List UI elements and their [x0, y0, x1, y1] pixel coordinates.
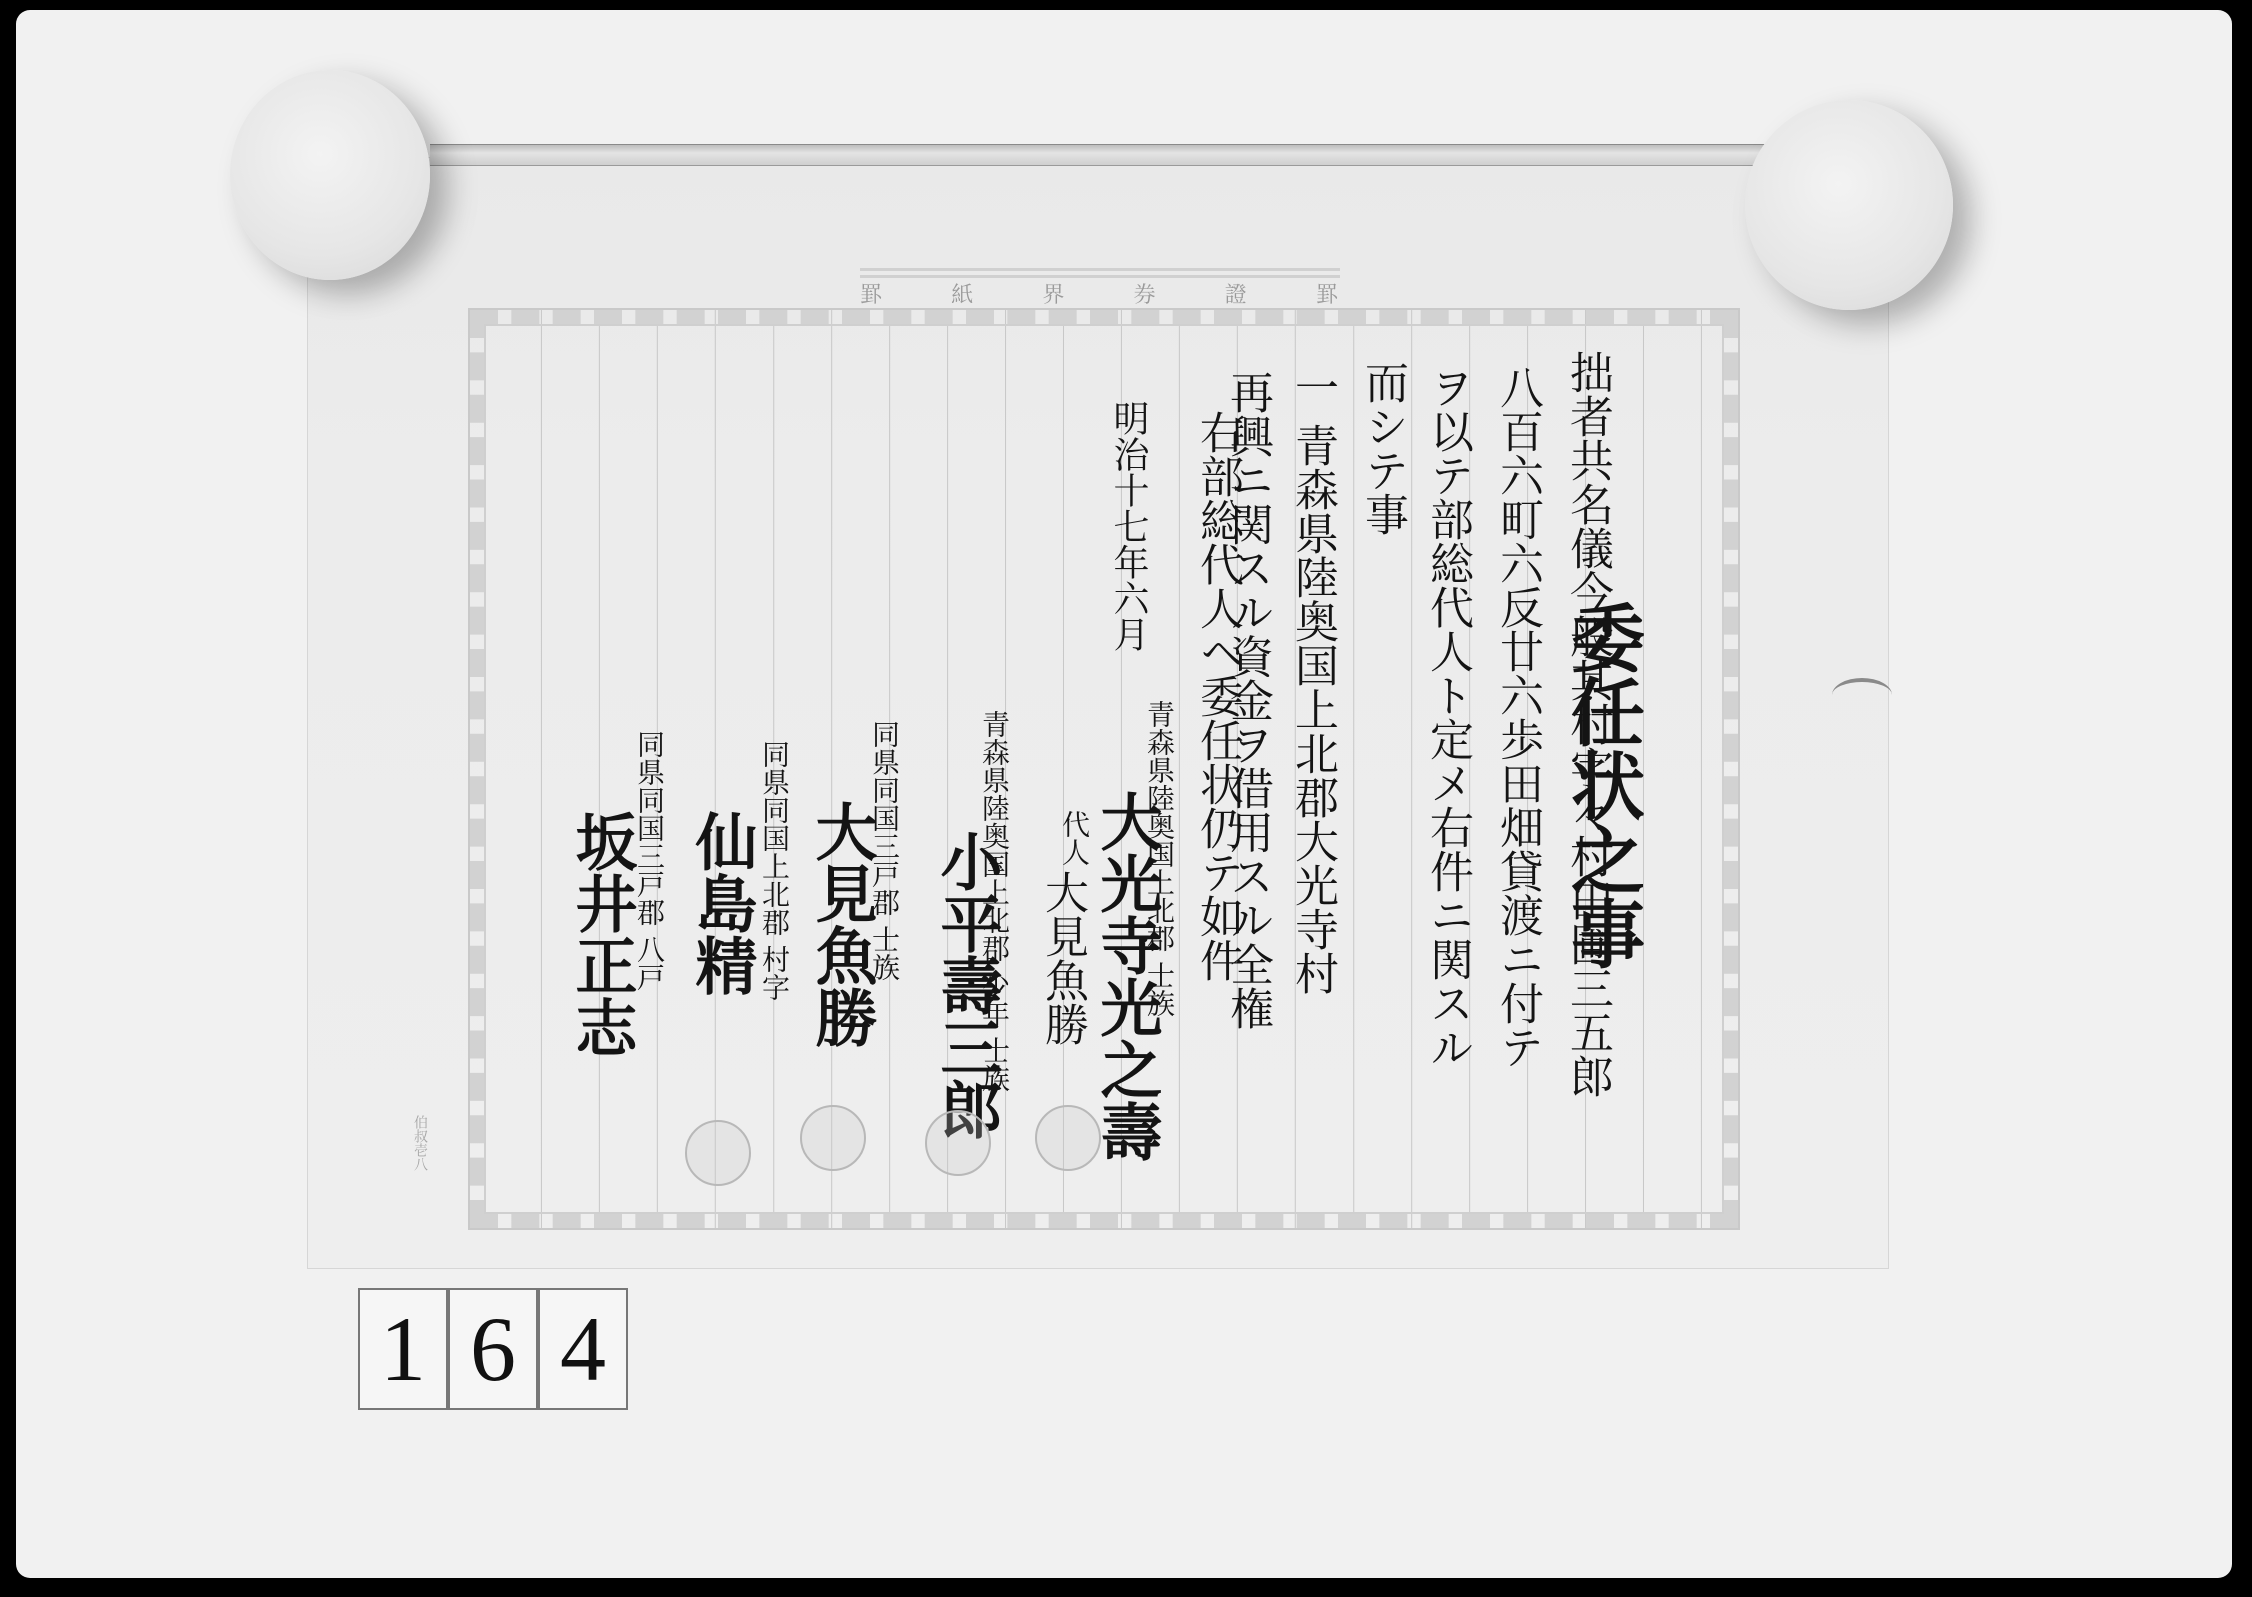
paperweight-left	[230, 70, 430, 280]
form-header-char: 證	[1225, 278, 1249, 309]
signatory-address: 同県同国三戸郡 八戸	[635, 730, 663, 991]
seal-stamp	[925, 1110, 991, 1176]
scroll-rod	[430, 144, 1780, 166]
seal-stamp	[1035, 1105, 1101, 1171]
signatory-name: 大見魚勝	[810, 800, 872, 1048]
signatory-name: 大光寺光之壽	[1095, 790, 1157, 1162]
body-column: 右部総代人ヘ委任状仍テ如件	[1195, 410, 1239, 982]
body-column: ヲ以テ部総代人ト定メ右件ニ関スル	[1425, 365, 1469, 1069]
archive-digit: 6	[448, 1288, 538, 1410]
form-header-char: 界	[1042, 278, 1066, 309]
form-header-char: 紙	[951, 278, 975, 309]
archive-digit: 1	[358, 1288, 448, 1410]
signatory-name: 小平壽三郎	[935, 830, 997, 1140]
seal-stamp	[800, 1105, 866, 1171]
signatory-name: 大見魚勝	[1040, 870, 1084, 1046]
paperweight-right	[1745, 100, 1953, 310]
body-column: 一 青森県陸奥国上北郡大光寺村	[1290, 365, 1334, 995]
body-column: 而シテ事	[1360, 360, 1404, 536]
form-header-char: 券	[1134, 278, 1158, 309]
signatory-name: 坂井正志	[570, 810, 632, 1058]
form-header-char: 罫	[1316, 278, 1340, 309]
body-column: 八百六町六反廿六歩田畑貸渡ニ付テ	[1495, 365, 1539, 1069]
form-header-char: 罫	[860, 278, 884, 309]
signatory-address: 同県同国上北郡 村字	[760, 740, 788, 1001]
margin-note: 伯叔壱八	[410, 1115, 430, 1171]
signatory-name: 仙島精	[690, 810, 752, 996]
body-column: 拙者共名儀今般其村字々村田圃三五郎	[1565, 350, 1609, 1098]
form-header: 罫 紙 界 券 證 罫	[860, 268, 1340, 308]
binding-string	[1832, 678, 1892, 712]
seal-stamp	[685, 1120, 751, 1186]
archive-number: 1 6 4	[358, 1288, 628, 1410]
signatory-address: 代人	[1060, 810, 1088, 866]
document-date: 明治十七年六月	[1110, 400, 1146, 652]
archive-digit: 4	[538, 1288, 628, 1410]
